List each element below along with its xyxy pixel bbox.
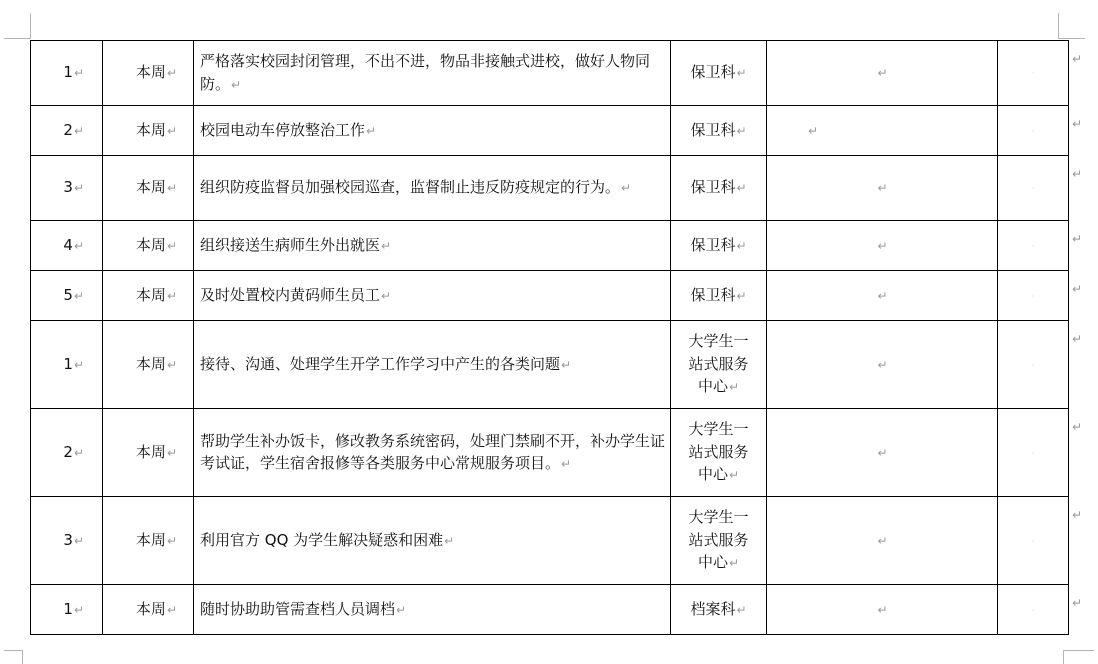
cell-extra[interactable]: · xyxy=(998,106,1069,156)
paragraph-mark-icon: ↵ xyxy=(736,239,746,253)
cell-time[interactable]: 本周↵ xyxy=(103,497,194,585)
row-number: 1 xyxy=(63,355,73,373)
task-text: 接待、沟通、处理学生开学工作学习中产生的各类问题 xyxy=(200,355,560,373)
cell-extra[interactable]: · xyxy=(998,497,1069,585)
cell-number[interactable]: 1↵ xyxy=(31,321,103,409)
cell-note[interactable]: ↵ xyxy=(767,585,998,635)
cell-department[interactable]: 大学生一站式服务中心↵ xyxy=(671,497,767,585)
empty-cell-dot-icon: · xyxy=(1032,361,1035,370)
cell-number[interactable]: 2↵ xyxy=(31,106,103,156)
table-row: 1↵本周↵接待、沟通、处理学生开学工作学习中产生的各类问题↵大学生一站式服务中心… xyxy=(31,321,1069,409)
paragraph-mark-icon: ↵ xyxy=(167,289,177,303)
cell-note[interactable]: ↵ xyxy=(767,321,998,409)
task-text: 严格落实校园封闭管理，不出不进，物品非接触式进校，做好人物同防。 xyxy=(200,52,650,93)
paragraph-mark-icon: ↵ xyxy=(74,358,84,372)
paragraph-mark-icon: ↵ xyxy=(808,124,818,138)
paragraph-mark-icon: ↵ xyxy=(877,603,887,617)
paragraph-mark-icon: ↵ xyxy=(729,468,739,482)
paragraph-mark-icon: ↵ xyxy=(444,534,454,548)
table-body: 1↵本周↵严格落实校园封闭管理，不出不进，物品非接触式进校，做好人物同防。↵保卫… xyxy=(31,41,1069,635)
paragraph-mark-icon: ↵ xyxy=(877,289,887,303)
cell-extra[interactable]: · xyxy=(998,221,1069,271)
cell-number[interactable]: 1↵ xyxy=(31,585,103,635)
cell-task[interactable]: 组织接送生病师生外出就医↵ xyxy=(194,221,671,271)
time-text: 本周 xyxy=(136,531,166,549)
paragraph-mark-icon: ↵ xyxy=(167,239,177,253)
task-text: 随时协助助管需查档人员调档 xyxy=(200,600,395,618)
paragraph-mark-icon: ↵ xyxy=(74,124,84,138)
empty-cell-dot-icon: · xyxy=(1032,127,1035,136)
row-end-mark-icon: ↵ xyxy=(1072,117,1082,131)
cell-time[interactable]: 本周↵ xyxy=(103,585,194,635)
cell-department[interactable]: 保卫科↵ xyxy=(671,271,767,321)
department-text: 大学生一站式服务中心↵ xyxy=(683,506,755,575)
paragraph-mark-icon: ↵ xyxy=(167,124,177,138)
task-text: 组织防疫监督员加强校园巡查，监督制止违反防疫规定的行为。 xyxy=(200,178,620,196)
row-number: 2 xyxy=(63,121,73,139)
work-plan-table: 1↵本周↵严格落实校园封闭管理，不出不进，物品非接触式进校，做好人物同防。↵保卫… xyxy=(30,40,1069,635)
table-row: 4↵本周↵组织接送生病师生外出就医↵保卫科↵↵· xyxy=(31,221,1069,271)
empty-cell-dot-icon: · xyxy=(1032,449,1035,458)
cell-task[interactable]: 及时处置校内黄码师生员工↵ xyxy=(194,271,671,321)
paragraph-mark-icon: ↵ xyxy=(381,239,391,253)
cell-number[interactable]: 5↵ xyxy=(31,271,103,321)
paragraph-mark-icon: ↵ xyxy=(74,181,84,195)
paragraph-mark-icon: ↵ xyxy=(167,358,177,372)
paragraph-mark-icon: ↵ xyxy=(74,66,84,80)
time-text: 本周 xyxy=(136,600,166,618)
task-text: 帮助学生补办饭卡，修改教务系统密码，处理门禁刷不开，补办学生证考试证，学生宿舍报… xyxy=(200,432,665,473)
department-text: 保卫科 xyxy=(690,121,735,139)
row-number: 1 xyxy=(63,600,73,618)
table-row: 3↵本周↵利用官方 QQ 为学生解决疑惑和困难↵大学生一站式服务中心↵↵· xyxy=(31,497,1069,585)
paragraph-mark-icon: ↵ xyxy=(736,603,746,617)
cell-number[interactable]: 2↵ xyxy=(31,409,103,497)
task-text: 利用官方 QQ 为学生解决疑惑和困难 xyxy=(200,531,443,549)
paragraph-mark-icon: ↵ xyxy=(167,446,177,460)
time-text: 本周 xyxy=(136,121,166,139)
paragraph-mark-icon: ↵ xyxy=(74,446,84,460)
department-text: 保卫科 xyxy=(690,286,735,304)
row-end-mark-icon: ↵ xyxy=(1072,508,1082,522)
paragraph-mark-icon: ↵ xyxy=(366,124,376,138)
cell-task[interactable]: 接待、沟通、处理学生开学工作学习中产生的各类问题↵ xyxy=(194,321,671,409)
paragraph-mark-icon: ↵ xyxy=(74,603,84,617)
row-end-mark-icon: ↵ xyxy=(1072,232,1082,246)
cell-department[interactable]: 大学生一站式服务中心↵ xyxy=(671,321,767,409)
table-row: 2↵本周↵帮助学生补办饭卡，修改教务系统密码，处理门禁刷不开，补办学生证考试证，… xyxy=(31,409,1069,497)
empty-cell-dot-icon: · xyxy=(1032,242,1035,251)
cell-number[interactable]: 1↵ xyxy=(31,41,103,106)
table-row: 1↵本周↵随时协助助管需查档人员调档↵档案科↵↵· xyxy=(31,585,1069,635)
paragraph-mark-icon: ↵ xyxy=(74,289,84,303)
empty-cell-dot-icon: · xyxy=(1032,292,1035,301)
page-corner-mark-bottom-left xyxy=(4,650,23,664)
task-text: 校园电动车停放整治工作 xyxy=(200,121,365,139)
time-text: 本周 xyxy=(136,236,166,254)
paragraph-mark-icon: ↵ xyxy=(877,181,887,195)
cell-time[interactable]: 本周↵ xyxy=(103,41,194,106)
department-text: 大学生一站式服务中心↵ xyxy=(683,418,755,487)
paragraph-mark-icon: ↵ xyxy=(167,66,177,80)
paragraph-mark-icon: ↵ xyxy=(231,78,241,92)
paragraph-mark-icon: ↵ xyxy=(74,239,84,253)
row-end-mark-icon: ↵ xyxy=(1072,332,1082,346)
department-text: 保卫科 xyxy=(690,178,735,196)
row-number: 3 xyxy=(63,531,73,549)
table-row: 2↵本周↵校园电动车停放整治工作↵保卫科↵↵· xyxy=(31,106,1069,156)
time-text: 本周 xyxy=(136,63,166,81)
cell-time[interactable]: 本周↵ xyxy=(103,156,194,221)
paragraph-mark-icon: ↵ xyxy=(729,556,739,570)
paragraph-mark-icon: ↵ xyxy=(561,457,571,471)
cell-task[interactable]: 严格落实校园封闭管理，不出不进，物品非接触式进校，做好人物同防。↵ xyxy=(194,41,671,106)
page-corner-mark-bottom-right xyxy=(1063,650,1094,664)
time-text: 本周 xyxy=(136,286,166,304)
cell-time[interactable]: 本周↵ xyxy=(103,221,194,271)
empty-cell-dot-icon: · xyxy=(1032,69,1035,78)
cell-note[interactable]: ↵ xyxy=(767,409,998,497)
page-corner-mark-top-left xyxy=(4,13,31,39)
paragraph-mark-icon: ↵ xyxy=(729,380,739,394)
cell-note[interactable]: ↵ xyxy=(767,271,998,321)
cell-department[interactable]: 保卫科↵ xyxy=(671,156,767,221)
cell-note[interactable]: ↵ xyxy=(767,497,998,585)
paragraph-mark-icon: ↵ xyxy=(381,289,391,303)
page-corner-mark-top-right xyxy=(1058,13,1085,39)
cell-extra[interactable]: · xyxy=(998,41,1069,106)
empty-cell-dot-icon: · xyxy=(1032,606,1035,615)
cell-time[interactable]: 本周↵ xyxy=(103,271,194,321)
paragraph-mark-icon: ↵ xyxy=(561,358,571,372)
row-number: 2 xyxy=(63,443,73,461)
cell-number[interactable]: 4↵ xyxy=(31,221,103,271)
empty-cell-dot-icon: · xyxy=(1032,184,1035,193)
cell-number[interactable]: 3↵ xyxy=(31,497,103,585)
table-row: 1↵本周↵严格落实校园封闭管理，不出不进，物品非接触式进校，做好人物同防。↵保卫… xyxy=(31,41,1069,106)
table-row: 5↵本周↵及时处置校内黄码师生员工↵保卫科↵↵· xyxy=(31,271,1069,321)
cell-department[interactable]: 保卫科↵ xyxy=(671,221,767,271)
cell-time[interactable]: 本周↵ xyxy=(103,409,194,497)
cell-task[interactable]: 利用官方 QQ 为学生解决疑惑和困难↵ xyxy=(194,497,671,585)
row-end-mark-icon: ↵ xyxy=(1072,282,1082,296)
paragraph-mark-icon: ↵ xyxy=(396,603,406,617)
cell-time[interactable]: 本周↵ xyxy=(103,321,194,409)
empty-cell-dot-icon: · xyxy=(1032,537,1035,546)
task-text: 及时处置校内黄码师生员工 xyxy=(200,286,380,304)
paragraph-mark-icon: ↵ xyxy=(877,534,887,548)
cell-note[interactable]: ↵ xyxy=(767,41,998,106)
cell-extra[interactable]: · xyxy=(998,585,1069,635)
cell-extra[interactable]: · xyxy=(998,321,1069,409)
row-number: 5 xyxy=(63,286,73,304)
paragraph-mark-icon: ↵ xyxy=(877,66,887,80)
cell-number[interactable]: 3↵ xyxy=(31,156,103,221)
row-end-mark-icon: ↵ xyxy=(1072,420,1082,434)
paragraph-mark-icon: ↵ xyxy=(736,124,746,138)
department-text: 保卫科 xyxy=(690,63,735,81)
row-number: 3 xyxy=(63,178,73,196)
time-text: 本周 xyxy=(136,178,166,196)
table-row: 3↵本周↵组织防疫监督员加强校园巡查，监督制止违反防疫规定的行为。↵保卫科↵↵· xyxy=(31,156,1069,221)
paragraph-mark-icon: ↵ xyxy=(877,239,887,253)
paragraph-mark-icon: ↵ xyxy=(167,603,177,617)
cell-note[interactable]: ↵ xyxy=(767,106,998,156)
row-end-mark-icon: ↵ xyxy=(1072,52,1082,66)
cell-department[interactable]: 保卫科↵ xyxy=(671,106,767,156)
paragraph-mark-icon: ↵ xyxy=(736,181,746,195)
cell-extra[interactable]: · xyxy=(998,156,1069,221)
paragraph-mark-icon: ↵ xyxy=(877,358,887,372)
paragraph-mark-icon: ↵ xyxy=(167,534,177,548)
cell-task[interactable]: 帮助学生补办饭卡，修改教务系统密码，处理门禁刷不开，补办学生证考试证，学生宿舍报… xyxy=(194,409,671,497)
cell-note[interactable]: ↵ xyxy=(767,221,998,271)
cell-task[interactable]: 随时协助助管需查档人员调档↵ xyxy=(194,585,671,635)
cell-time[interactable]: 本周↵ xyxy=(103,106,194,156)
paragraph-mark-icon: ↵ xyxy=(74,534,84,548)
paragraph-mark-icon: ↵ xyxy=(736,289,746,303)
row-number: 1 xyxy=(63,63,73,81)
cell-note[interactable]: ↵ xyxy=(767,156,998,221)
cell-extra[interactable]: · xyxy=(998,409,1069,497)
paragraph-mark-icon: ↵ xyxy=(877,446,887,460)
row-number: 4 xyxy=(63,236,73,254)
department-text: 保卫科 xyxy=(690,236,735,254)
paragraph-mark-icon: ↵ xyxy=(736,66,746,80)
cell-task[interactable]: 组织防疫监督员加强校园巡查，监督制止违反防疫规定的行为。↵ xyxy=(194,156,671,221)
row-end-mark-icon: ↵ xyxy=(1072,167,1082,181)
department-text: 档案科 xyxy=(690,600,735,618)
task-text: 组织接送生病师生外出就医 xyxy=(200,236,380,254)
cell-department[interactable]: 大学生一站式服务中心↵ xyxy=(671,409,767,497)
paragraph-mark-icon: ↵ xyxy=(167,181,177,195)
time-text: 本周 xyxy=(136,355,166,373)
cell-task[interactable]: 校园电动车停放整治工作↵ xyxy=(194,106,671,156)
cell-extra[interactable]: · xyxy=(998,271,1069,321)
time-text: 本周 xyxy=(136,443,166,461)
cell-department[interactable]: 档案科↵ xyxy=(671,585,767,635)
department-text: 大学生一站式服务中心↵ xyxy=(683,330,755,399)
cell-department[interactable]: 保卫科↵ xyxy=(671,41,767,106)
paragraph-mark-icon: ↵ xyxy=(621,181,631,195)
row-end-mark-icon: ↵ xyxy=(1072,596,1082,610)
